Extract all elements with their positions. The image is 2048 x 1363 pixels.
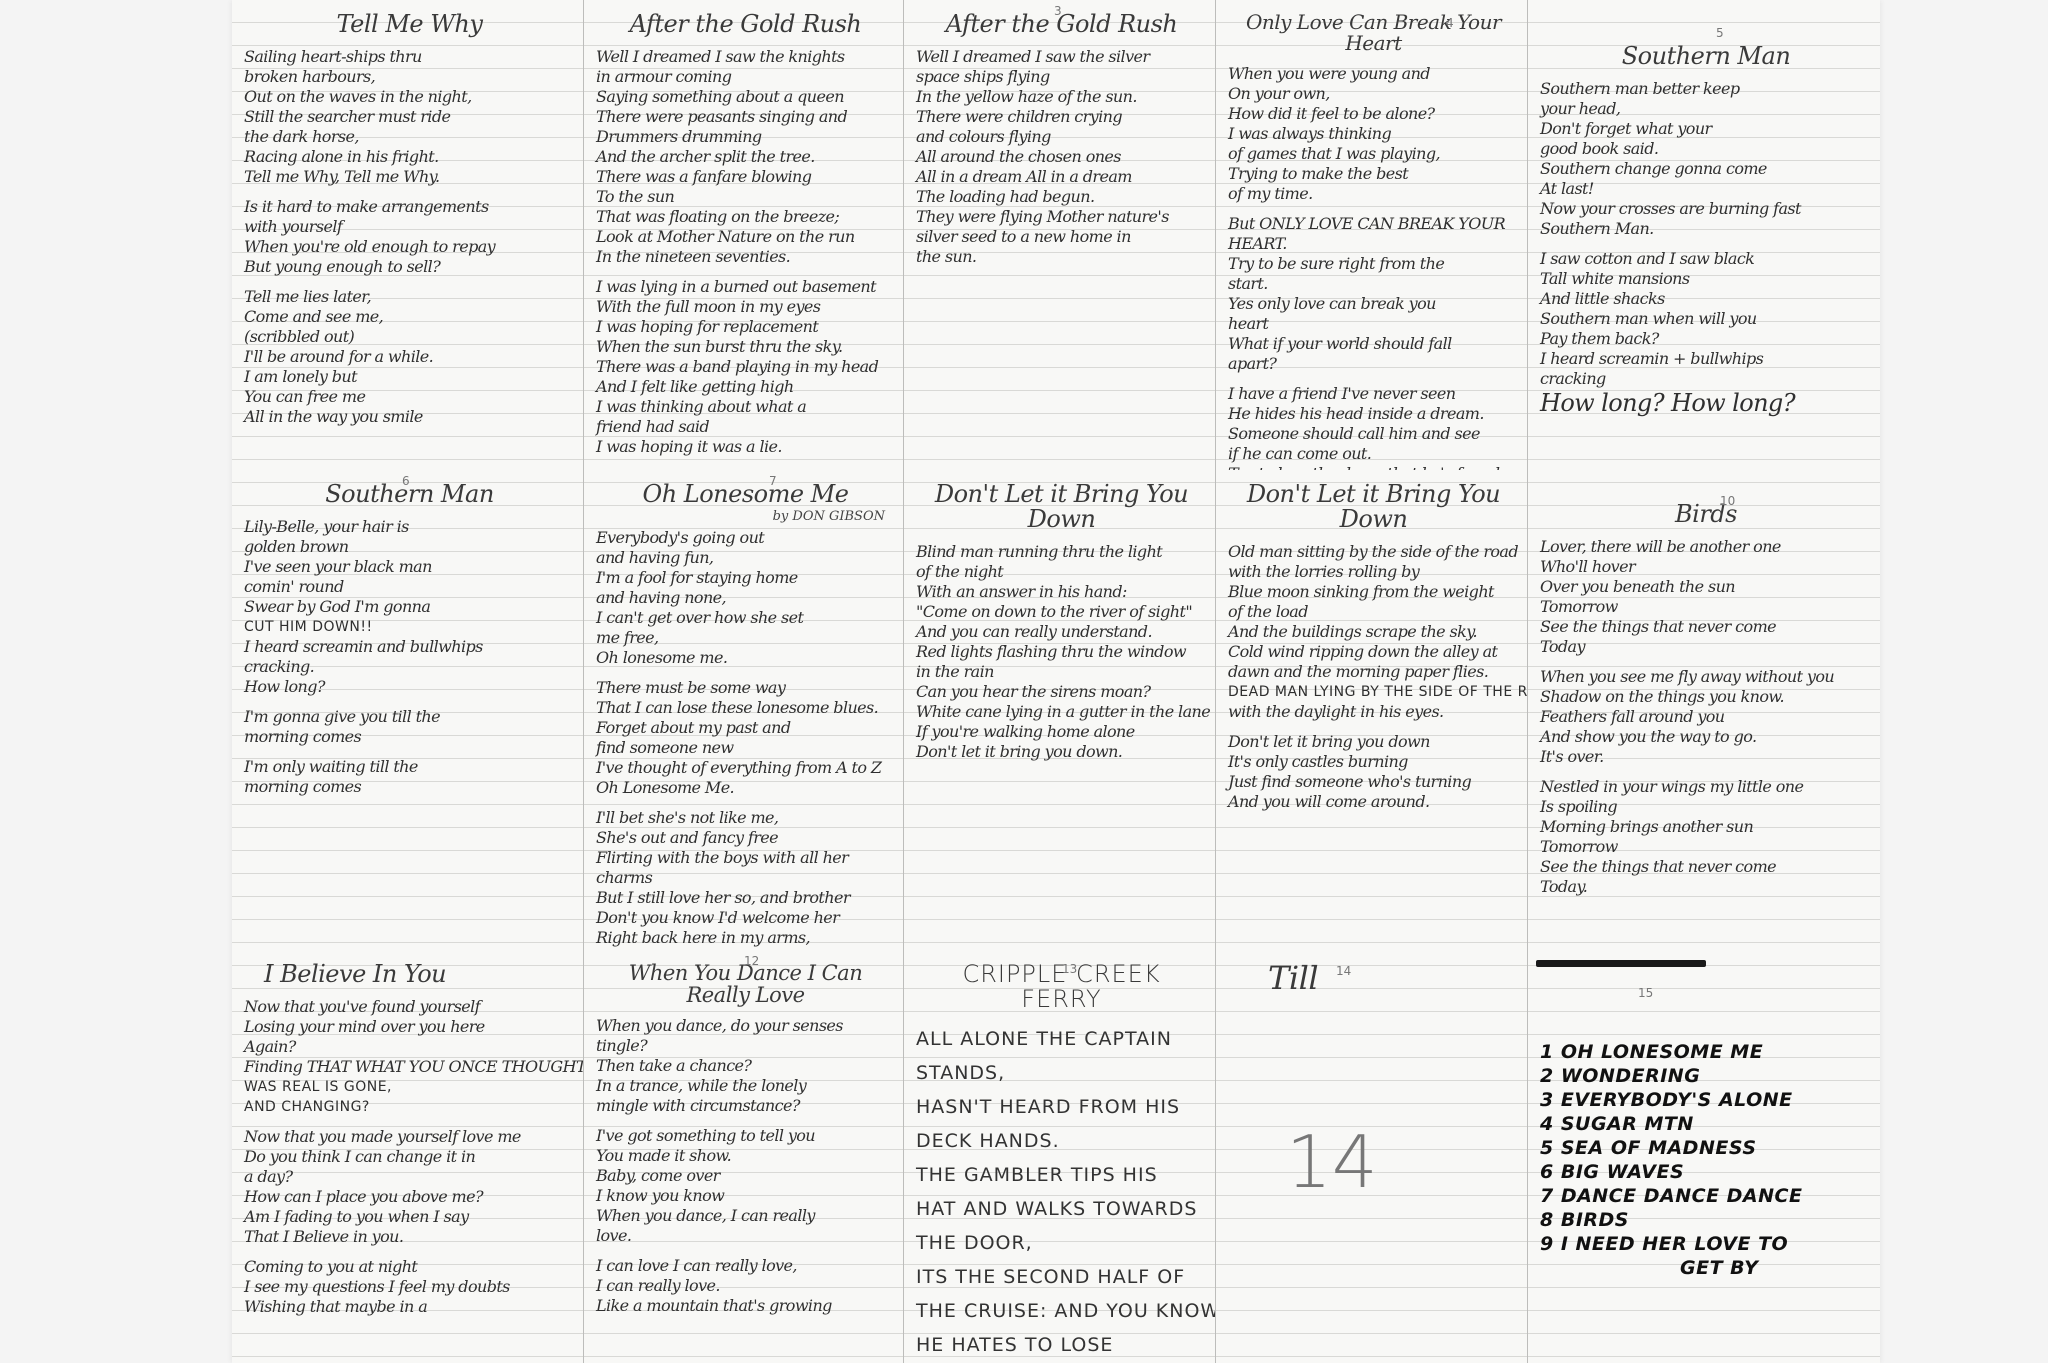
song-cell-southern-man-1: 5 Southern Man Southern man better keepy… [1528,0,1880,470]
lyric-lines: Sailing heart-ships thrubroken harbours,… [244,47,575,427]
lyric-line: Swear by God I'm gonna [244,597,575,617]
lyric-line: Pay them back? [1540,329,1872,349]
lyric-line: Southern change gonna come [1540,159,1872,179]
lyric-line: in the rain [916,662,1207,682]
stanza-gap [1228,204,1519,214]
lyric-line: Out on the waves in the night, [244,87,575,107]
lyric-line: Sailing heart-ships thru [244,47,575,67]
lyric-line: There was a fanfare blowing [596,167,895,187]
lyric-line: I've seen your black man [244,557,575,577]
stanza-gap [596,668,895,678]
lyric-line: of games that I was playing, [1228,144,1519,164]
song-cell-till: 14 Till 14 [1216,950,1528,1363]
lyric-line: In the yellow haze of the sun. [916,87,1207,107]
lyric-line: And show you the way to go. [1540,727,1872,747]
lyric-line: And you will come around. [1228,792,1519,812]
lyric-line: 4 SUGAR MTN [1540,1112,1872,1136]
lyric-line: White cane lying in a gutter in the lane [916,702,1207,722]
lyric-line: dawn and the morning paper flies. [1228,662,1519,682]
lyric-line: It's only castles burning [1228,752,1519,772]
stanza-gap [596,798,895,808]
lyric-line: When you're old enough to repay [244,237,575,257]
lyric-line: Do you think I can change it in [244,1147,575,1167]
lyric-lines: ALL ALONE THE CAPTAINSTANDS,HASN'T HEARD… [916,1022,1207,1362]
lyric-line: with the lorries rolling by [1228,562,1519,582]
lyric-line: There must be some way [596,678,895,698]
lyric-line: THE GAMBLER TIPS HIS [916,1158,1207,1192]
song-title: Tell Me Why [244,12,575,37]
lyric-lines: Blind man running thru the lightof the n… [916,542,1207,762]
lyric-line: Don't let it bring you down [1228,732,1519,752]
lyric-line: With an answer in his hand: [916,582,1207,602]
lyric-line: The loading had begun. [916,187,1207,207]
song-cell-southern-man-2: 6 Southern Man Lily-Belle, your hair isg… [232,470,584,950]
lyric-line: Racing alone in his fright. [244,147,575,167]
lyric-line: comin' round [244,577,575,597]
lyric-line: charms [596,868,895,888]
song-credit: by DON GIBSON [596,509,885,524]
lyric-line: All in the way you smile [244,407,575,427]
lyric-line: a day? [244,1167,575,1187]
lyric-line: Tell me Why, Tell me Why. [244,167,575,187]
song-cell-birds: 10 Birds Lover, there will be another on… [1528,490,1880,950]
lyric-line: Forget about my past and [596,718,895,738]
lyric-line: THE DOOR, [916,1226,1207,1260]
lyric-lines: When you were young andOn your own,How d… [1228,64,1519,470]
lyric-lines: Well I dreamed I saw the silverspace shi… [916,47,1207,267]
lyric-line: ALL ALONE THE CAPTAIN [916,1022,1207,1056]
lyric-line: golden brown [244,537,575,557]
lyric-line: I am lonely but [244,367,575,387]
stanza-gap [1540,767,1872,777]
lyric-line: Red lights flashing thru the window [916,642,1207,662]
lyric-line: morning comes [244,777,575,797]
lyric-line: Blind man running thru the light [916,542,1207,562]
lyric-line: I know you know [596,1186,895,1206]
lyric-line: I'm gonna give you till the [244,707,575,727]
song-cell-when-you-dance: 12 When You Dance I Can Really Love When… [584,950,904,1363]
lyric-line: your head, [1540,99,1872,119]
song-title: After the Gold Rush [596,12,895,37]
lyric-line: Right back here in my arms, [596,928,895,948]
lyric-line: If you're walking home alone [916,722,1207,742]
lyric-line: What if your world should fall [1228,334,1519,354]
lyric-line: Don't you know I'd welcome her [596,908,895,928]
song-title: Only Love Can Break Your Heart [1228,12,1519,54]
lyric-line: GET BY [1540,1256,1872,1280]
lyric-line: AND CHANGING? [244,1097,575,1117]
lyric-line: space ships flying [916,67,1207,87]
lyric-line: Look at Mother Nature on the run [596,227,895,247]
lyric-line: Morning brings another sun [1540,817,1872,837]
page-number: 3 [1054,4,1062,18]
lyric-line: heart [1228,314,1519,334]
setlist-cell: 15 1 OH LONESOME ME2 WONDERING3 EVERYBOD… [1528,950,1880,1363]
lyric-line: And the buildings scrape the sky. [1228,622,1519,642]
lyric-line: good book said. [1540,139,1872,159]
song-cell-i-believe-in-you: I Believe In You Now that you've found y… [232,950,584,1363]
lyric-line: And little shacks [1540,289,1872,309]
lyric-line: I can't get over how she set [596,608,895,628]
lyric-line: 5 SEA OF MADNESS [1540,1136,1872,1160]
lyric-line: And I felt like getting high [596,377,895,397]
lyric-line: Shadow on the things you know. [1540,687,1872,707]
lyric-line: Don't let it bring you down. [916,742,1207,762]
lyric-line: Southern Man. [1540,219,1872,239]
lyric-line: Nestled in your wings my little one [1540,777,1872,797]
ink-bar [1536,960,1706,967]
lyric-line: CUT HIM DOWN!! [244,617,575,637]
lyric-line: Oh Lonesome Me. [596,778,895,798]
lyric-line: There were children crying [916,107,1207,127]
page-number: 14 [1336,964,1351,978]
lyric-line: All in a dream All in a dream [916,167,1207,187]
lyric-line: Well I dreamed I saw the silver [916,47,1207,67]
lyric-lines: Lover, there will be another oneWho'll h… [1540,537,1872,897]
song-cell-tell-me-why: Tell Me Why Sailing heart-ships thrubrok… [232,0,584,470]
lyric-line: I can love I can really love, [596,1256,895,1276]
stanza-gap [244,277,575,287]
lyric-line: You made it show. [596,1146,895,1166]
lyric-lines: Old man sitting by the side of the roadw… [1228,542,1519,812]
lyric-line: There were peasants singing and [596,107,895,127]
lyric-line: I'm only waiting till the [244,757,575,777]
lyric-line: But young enough to sell? [244,257,575,277]
lyric-line: Is spoiling [1540,797,1872,817]
song-title: Birds [1540,502,1872,527]
lyric-line: 7 DANCE DANCE DANCE [1540,1184,1872,1208]
lyric-line: But I still love her so, and brother [596,888,895,908]
lyric-line: Come and see me, [244,307,575,327]
lyric-lines: Lily-Belle, your hair isgolden brownI've… [244,517,575,797]
lyric-line: of my time. [1228,184,1519,204]
lyric-line: Someone should call him and see [1228,424,1519,444]
lyric-line: Tomorrow [1540,837,1872,857]
stanza-gap [244,187,575,197]
lyric-line: When the sun burst thru the sky. [596,337,895,357]
lyric-line: Now that you made yourself love me [244,1127,575,1147]
lyric-line: I can really love. [596,1276,895,1296]
stanza-gap [1540,657,1872,667]
lyric-line: I heard screamin and bullwhips [244,637,575,657]
lyric-line: Lily-Belle, your hair is [244,517,575,537]
lyric-line: Like a mountain that's growing [596,1296,895,1316]
lyric-line: Tell me lies later, [244,287,575,307]
lyric-line: HASN'T HEARD FROM HIS [916,1090,1207,1124]
lyric-line: me free, [596,628,895,648]
lyric-line: and having none, [596,588,895,608]
page-number: 10 [1720,494,1735,508]
lyric-line: How did it feel to be alone? [1228,104,1519,124]
lyric-line: When you dance, do your senses [596,1016,895,1036]
lyric-line: 6 BIG WAVES [1540,1160,1872,1184]
lyric-lines: Well I dreamed I saw the knightsin armou… [596,47,895,457]
lyric-line: Southern man when will you [1540,309,1872,329]
lyric-line: Well I dreamed I saw the knights [596,47,895,67]
stanza-gap [1540,239,1872,249]
lyric-line: At last! [1540,179,1872,199]
lyric-line: How long? [244,677,575,697]
stanza-gap [596,1246,895,1256]
lyric-line: I've thought of everything from A to Z [596,758,895,778]
lyric-line: WAS REAL IS GONE, [244,1077,575,1097]
lyric-line: When you were young and [1228,64,1519,84]
lyric-line: STANDS, [916,1056,1207,1090]
lyric-line: All around the chosen ones [916,147,1207,167]
lyric-lines: Now that you've found yourselfLosing you… [244,997,575,1317]
lyric-line: Just find someone who's turning [1228,772,1519,792]
stanza-gap [244,1247,575,1257]
song-cell-after-the-gold-rush-2: 3 After the Gold Rush Well I dreamed I s… [904,0,1216,470]
lyric-line: Lover, there will be another one [1540,537,1872,557]
lyric-line: But ONLY LOVE CAN BREAK YOUR [1228,214,1519,234]
lyric-line: 3 EVERYBODY'S ALONE [1540,1088,1872,1112]
stanza-gap [1228,722,1519,732]
page-number: 7 [769,474,777,488]
lyric-line: Who'll hover [1540,557,1872,577]
lyric-line: How can I place you above me? [244,1187,575,1207]
lyric-lines: Everybody's going outand having fun,I'm … [596,528,895,948]
song-cell-only-love-can-break-your-heart: 4 Only Love Can Break Your Heart When yo… [1216,0,1528,470]
lyric-line: (scribbled out) [244,327,575,347]
lyric-line: with yourself [244,217,575,237]
page-number: 6 [402,474,410,488]
lyric-line: She's out and fancy free [596,828,895,848]
lyric-line: Don't forget what your [1540,119,1872,139]
lyric-line: I was hoping for replacement [596,317,895,337]
lyric-line: I was thinking about what a [596,397,895,417]
lyric-line: Today. [1540,877,1872,897]
lyric-line: of the night [916,562,1207,582]
lyric-line: Everybody's going out [596,528,895,548]
lyric-line: Flirting with the boys with all her [596,848,895,868]
song-title: Don't Let it Bring You Down [1228,482,1519,532]
setlist-lines: 1 OH LONESOME ME2 WONDERING3 EVERYBODY'S… [1540,1040,1872,1280]
lyric-line: See the things that never come [1540,617,1872,637]
lyric-sheet: Tell Me Why Sailing heart-ships thrubrok… [232,0,1880,1363]
lyric-line: HEART. [1228,234,1519,254]
lyric-line: I was hoping it was a lie. [596,437,895,457]
lyric-line: Now your crosses are burning fast [1540,199,1872,219]
song-title: Don't Let it Bring You Down [916,482,1207,532]
lyric-line: I see my questions I feel my doubts [244,1277,575,1297]
lyric-line: if he can come out. [1228,444,1519,464]
lyric-line: HAT AND WALKS TOWARDS [916,1192,1207,1226]
lyric-line: There was a band playing in my head [596,357,895,377]
lyric-line: That was floating on the breeze; [596,207,895,227]
lyric-line: "Come on down to the river of sight" [916,602,1207,622]
lyric-line: Today [1540,637,1872,657]
lyric-line: of the load [1228,602,1519,622]
lyric-line: Oh lonesome me. [596,648,895,668]
lyric-line: THE CRUISE: AND YOU KNOW [916,1294,1207,1328]
lyric-line: silver seed to a new home in [916,227,1207,247]
lyric-line: Saying something about a queen [596,87,895,107]
song-cell-after-the-gold-rush-1: After the Gold Rush Well I dreamed I saw… [584,0,904,470]
lyric-line: Losing your mind over you here [244,1017,575,1037]
lyric-line: mingle with circumstance? [596,1096,895,1116]
lyric-line: Finding THAT WHAT YOU ONCE THOUGHT [244,1057,575,1077]
stanza-gap [244,697,575,707]
song-title: Southern Man [1540,44,1872,69]
lyric-line: They were flying Mother nature's [916,207,1207,227]
lyric-line: Southern man better keep [1540,79,1872,99]
lyric-line: HE HATES TO LOSE [916,1328,1207,1362]
song-title: Till [1228,962,1519,996]
stanza-gap [244,747,575,757]
lyric-line: in armour coming [596,67,895,87]
song-cell-oh-lonesome-me: 7 Oh Lonesome Me by DON GIBSON Everybody… [584,470,904,950]
lyric-line: Tomorrow [1540,597,1872,617]
lyric-line: Drummers drumming [596,127,895,147]
page-number: 12 [744,954,759,968]
lyric-line: broken harbours, [244,67,575,87]
lyric-line: start. [1228,274,1519,294]
page-number: 15 [1638,986,1653,1000]
lyric-line: You can free me [244,387,575,407]
page-number: 5 [1716,26,1724,40]
lyric-line: He hides his head inside a dream. [1228,404,1519,424]
lyric-line: Wishing that maybe in a [244,1297,575,1317]
lyric-line: 1 OH LONESOME ME [1540,1040,1872,1064]
lyric-line: Still the searcher must ride [244,107,575,127]
lyric-line: That I Believe in you. [244,1227,575,1247]
song-cell-dont-let-it-bring-you-down-1: Don't Let it Bring You Down Blind man ru… [904,470,1216,950]
lyric-line: When you dance, I can really [596,1206,895,1226]
stanza-gap [596,267,895,277]
page-mark: 14 [1286,1120,1378,1204]
lyric-line: When you see me fly away without you [1540,667,1872,687]
lyric-line: Feathers fall around you [1540,707,1872,727]
lyric-line: 9 I NEED HER LOVE TO [1540,1232,1872,1256]
lyric-line: Old man sitting by the side of the road [1228,542,1519,562]
lyric-lines: Southern man better keepyour head,Don't … [1540,79,1872,417]
stanza-gap [1228,374,1519,384]
lyric-line: love. [596,1226,895,1246]
lyric-line: DEAD MAN LYING BY THE SIDE OF THE ROAD [1228,682,1519,702]
lyric-line: 8 BIRDS [1540,1208,1872,1232]
lyric-line: Is it hard to make arrangements [244,197,575,217]
lyric-line: Blue moon sinking from the weight [1228,582,1519,602]
lyric-line: Now that you've found yourself [244,997,575,1017]
lyric-line: Tall white mansions [1540,269,1872,289]
lyric-line: I'll be around for a while. [244,347,575,367]
song-cell-cripple-creek-ferry: 13 CRIPPLE CREEK FERRY ALL ALONE THE CAP… [904,950,1216,1363]
lyric-line: Again? [244,1037,575,1057]
lyric-line: Yes only love can break you [1228,294,1519,314]
lyric-line: To the sun [596,187,895,207]
lyric-line: With the full moon in my eyes [596,297,895,317]
lyric-line: Try to be sure right from the [1228,254,1519,274]
lyric-line: cracking. [244,657,575,677]
lyric-line: with the daylight in his eyes. [1228,702,1519,722]
lyric-line: the sun. [916,247,1207,267]
lyric-line: apart? [1228,354,1519,374]
lyric-line: I have a friend I've never seen [1228,384,1519,404]
lyric-line: Cold wind ripping down the alley at [1228,642,1519,662]
lyric-line: Am I fading to you when I say [244,1207,575,1227]
lyric-line: friend had said [596,417,895,437]
lyric-line: ITS THE SECOND HALF OF [916,1260,1207,1294]
page-number: 13 [1062,962,1077,976]
song-title: Oh Lonesome Me [596,482,895,507]
lyric-line: In a trance, while the lonely [596,1076,895,1096]
stanza-gap [244,1117,575,1127]
lyric-line: and colours flying [916,127,1207,147]
lyric-line: I heard screamin + bullwhips [1540,349,1872,369]
lyric-line: I was lying in a burned out basement [596,277,895,297]
page-number: 4 [1446,16,1454,30]
lyric-line: morning comes [244,727,575,747]
lyric-line: And you can really understand. [916,622,1207,642]
lyric-line: I'll bet she's not like me, [596,808,895,828]
lyric-line: Trying to make the best [1228,164,1519,184]
song-title: When You Dance I Can Really Love [596,962,895,1006]
lyric-line: Coming to you at night [244,1257,575,1277]
lyric-line: I saw cotton and I saw black [1540,249,1872,269]
lyric-line: cracking [1540,369,1872,389]
lyric-line: See the things that never come [1540,857,1872,877]
lyric-line: I was always thinking [1228,124,1519,144]
lyric-line: On your own, [1228,84,1519,104]
lyric-line: I've got something to tell you [596,1126,895,1146]
song-title: I Believe In You [244,962,575,987]
lyric-line: It's over. [1540,747,1872,767]
lyric-line: How long? How long? [1540,389,1872,417]
lyric-line: DECK HANDS. [916,1124,1207,1158]
lyric-line: Then take a chance? [596,1056,895,1076]
lyric-line: I'm a fool for staying home [596,568,895,588]
lyric-line: 2 WONDERING [1540,1064,1872,1088]
lyric-line: That I can lose these lonesome blues. [596,698,895,718]
lyric-line: find someone new [596,738,895,758]
lyric-line: tingle? [596,1036,895,1056]
stanza-gap [596,1116,895,1126]
lyric-line: In the nineteen seventies. [596,247,895,267]
lyric-line: Over you beneath the sun [1540,577,1872,597]
lyric-line: and having fun, [596,548,895,568]
song-cell-dont-let-it-bring-you-down-2: Don't Let it Bring You Down Old man sitt… [1216,470,1528,950]
lyric-line: And the archer split the tree. [596,147,895,167]
lyric-line: Baby, come over [596,1166,895,1186]
lyric-lines: When you dance, do your sensestingle?The… [596,1016,895,1316]
lyric-line: Can you hear the sirens moan? [916,682,1207,702]
lyric-line: the dark horse, [244,127,575,147]
